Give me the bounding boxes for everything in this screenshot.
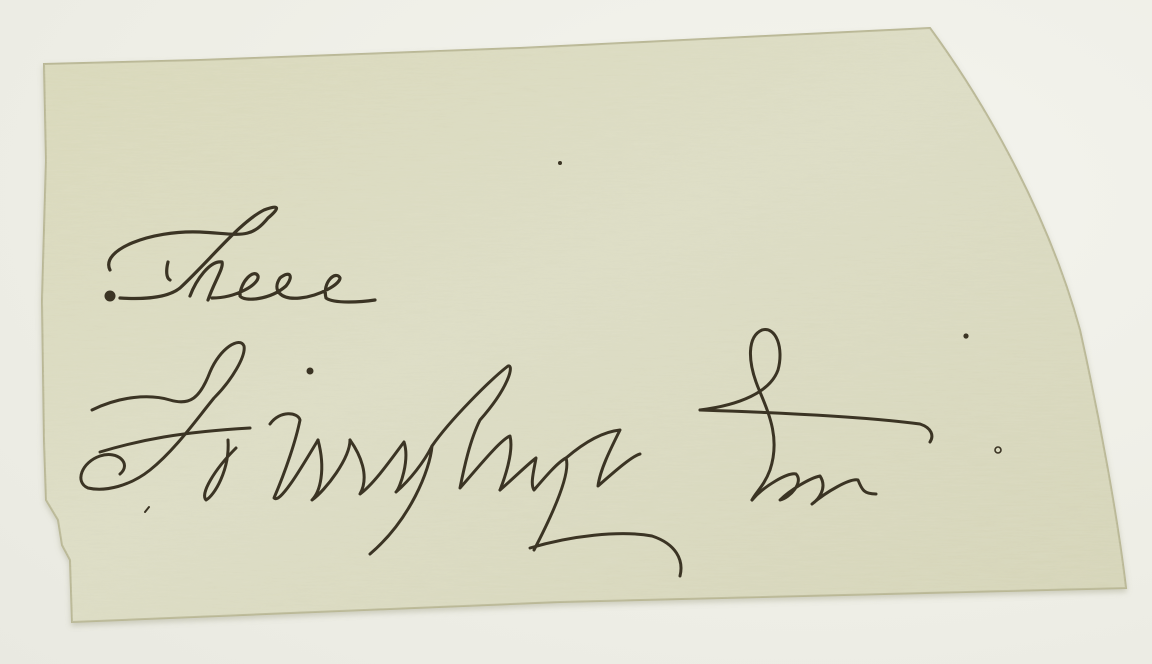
paper-fragment-scene <box>0 0 1152 664</box>
photograph: Free G° Washington <box>0 0 1152 664</box>
paper-texture <box>42 28 1126 622</box>
